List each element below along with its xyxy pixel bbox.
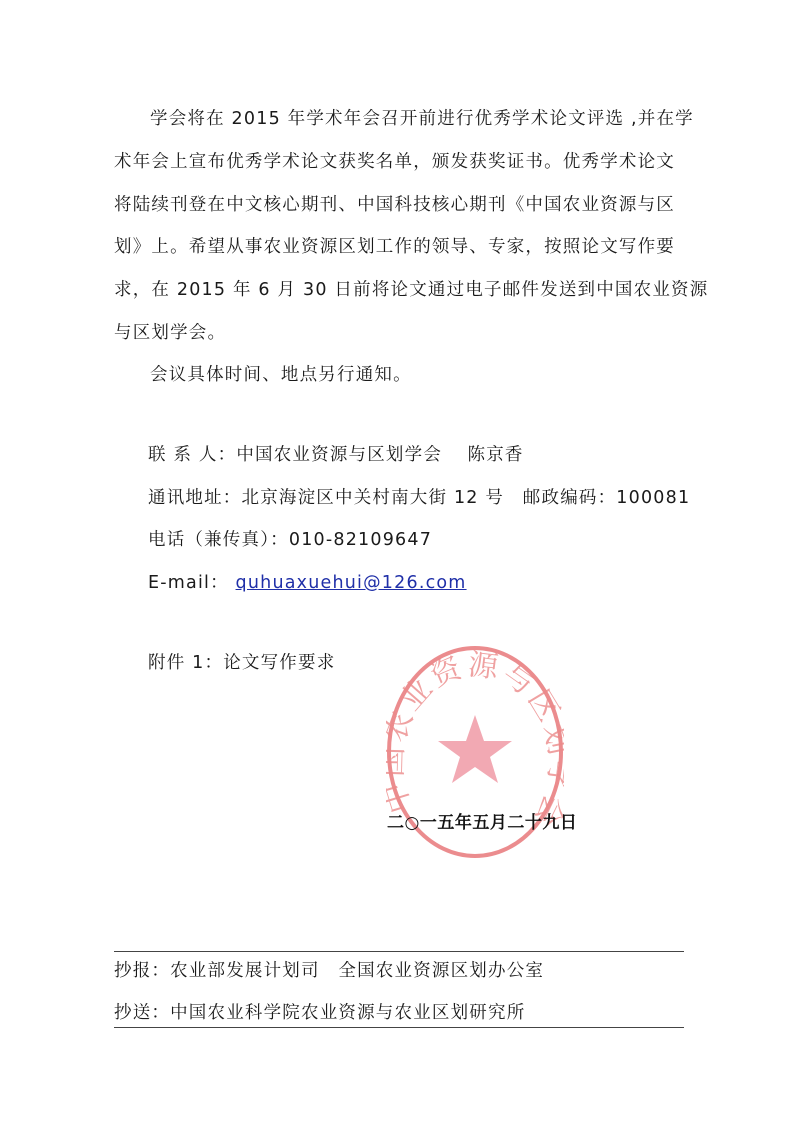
contact-person-value: 中国农业资源与区划学会 陈京香 <box>236 445 523 465</box>
contact-email: E-mail： quhuaxuehui@126.com <box>148 572 467 594</box>
paragraph-line: 将陆续刊登在中文核心期刊、中国科技核心期刊《中国农业资源与区 <box>114 194 675 216</box>
paragraph-line: 与区划学会。 <box>114 322 226 344</box>
meeting-notice: 会议具体时间、地点另行通知。 <box>150 364 412 386</box>
cc-report-to: 抄报：农业部发展计划司 全国农业资源区划办公室 <box>114 960 544 982</box>
contact-phone-label: 电话（兼传真）： <box>148 530 289 550</box>
paragraph-line: 划》上。希望从事农业资源区划工作的领导、专家，按照论文写作要 <box>114 236 675 258</box>
divider-top <box>114 951 684 952</box>
paragraph-line: 学会将在 2015 年学术年会召开前进行优秀学术论文评选 ,并在学 <box>150 108 694 130</box>
attachment-note: 附件 1：论文写作要求 <box>148 652 335 674</box>
divider-bottom <box>114 1027 684 1028</box>
contact-phone: 电话（兼传真）：010-82109647 <box>148 529 432 551</box>
signature-date: 二○一五年五月二十九日 <box>387 808 577 833</box>
contact-person: 联 系 人：中国农业资源与区划学会 陈京香 <box>148 444 524 466</box>
paragraph-line: 求，在 2015 年 6 月 30 日前将论文通过电子邮件发送到中国农业资源 <box>114 279 708 301</box>
contact-address-value: 北京海淀区中关村南大街 12 号 邮政编码：100081 <box>242 488 691 508</box>
cc-send-to: 抄送：中国农业科学院农业资源与农业区划研究所 <box>114 1002 525 1024</box>
contact-address-label: 通讯地址： <box>148 488 242 508</box>
contact-address: 通讯地址：北京海淀区中关村南大街 12 号 邮政编码：100081 <box>148 487 690 509</box>
paragraph-line: 术年会上宣布优秀学术论文获奖名单，颁发获奖证书。优秀学术论文 <box>114 151 675 173</box>
contact-email-label: E-mail： <box>148 573 229 593</box>
email-link[interactable]: quhuaxuehui@126.com <box>236 573 467 593</box>
contact-phone-value: 010-82109647 <box>289 530 432 550</box>
contact-person-label: 联 系 人： <box>148 445 236 465</box>
